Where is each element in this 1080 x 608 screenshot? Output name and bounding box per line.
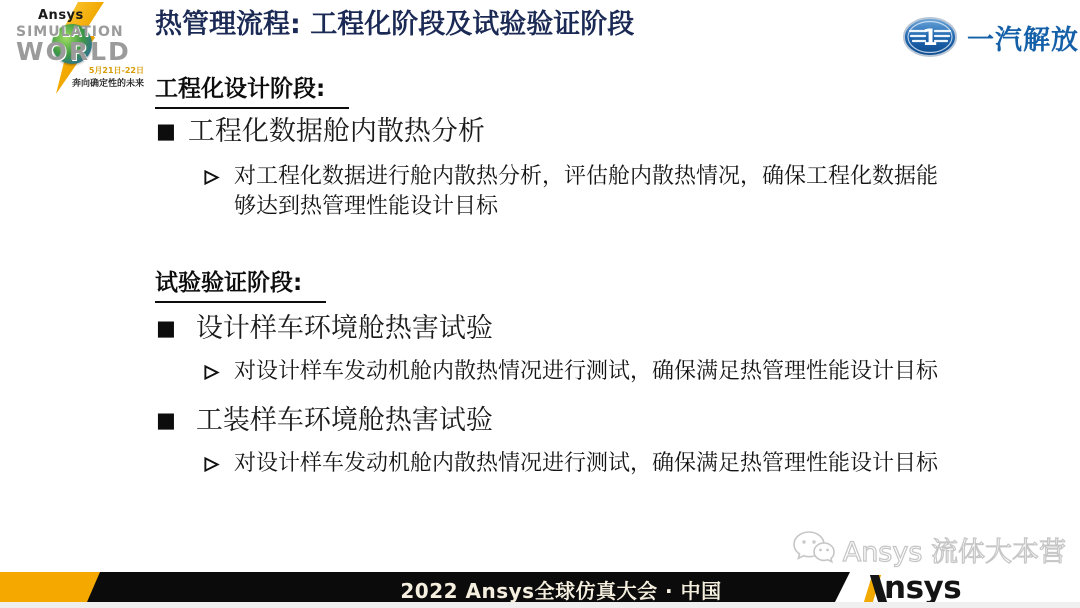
bullet-text: 工程化数据舱内散热分析 [188, 114, 485, 150]
wechat-icon [792, 529, 836, 569]
ansys-logo-text: nsys [884, 575, 961, 602]
event-logo-brand: Ansys [38, 8, 84, 23]
page-title: 热管理流程: 工程化阶段及试验验证阶段 [155, 8, 634, 42]
simulation-world-logo: Ansys SIMULATION WORLD 5月21日-22日 奔向确定性的未… [8, 2, 150, 94]
arrow-bullet-icon [203, 169, 220, 186]
bullet-item: ■ 设计样车环境舱热害试验 [156, 311, 493, 347]
event-logo-tagline: 奔向确定性的未来 [72, 76, 144, 89]
faw-logo-text: 一汽解放 [967, 18, 1079, 57]
square-bullet-icon: ■ [156, 402, 176, 438]
sub-bullet-text: 对设计样车发动机舱内散热情况进行测试，确保满足热管理性能设计目标 [234, 357, 938, 387]
sub-bullet-text: 对设计样车发动机舱内散热情况进行测试，确保满足热管理性能设计目标 [234, 449, 938, 479]
section-heading-test: 试验验证阶段: [155, 264, 326, 303]
bullet-item: ■ 工程化数据舱内散热分析 [156, 114, 485, 150]
event-logo-word2: WORLD [16, 37, 131, 66]
faw-emblem-icon: 1 [902, 16, 958, 58]
event-logo-date: 5月21日-22日 [89, 65, 144, 76]
footer-banner-text: 2022 Ansys全球仿真大会 · 中国 [400, 575, 721, 604]
sub-bullet-item: 对设计样车发动机舱内散热情况进行测试，确保满足热管理性能设计目标 [203, 449, 938, 479]
bullet-text: 设计样车环境舱热害试验 [196, 311, 493, 347]
faw-emblem-numeral: 1 [922, 26, 937, 51]
square-bullet-icon: ■ [156, 310, 176, 346]
footer-gold-accent [0, 572, 100, 602]
bullet-text: 工装样车环境舱热害试验 [196, 403, 493, 439]
arrow-bullet-icon [203, 364, 220, 381]
bottom-strip [0, 602, 1080, 608]
arrow-bullet-icon [203, 456, 220, 473]
wechat-watermark: Ansys 流体大本营 [792, 529, 1066, 569]
ansys-logo: nsys [868, 569, 961, 602]
sub-bullet-text: 对工程化数据进行舱内散热分析，评估舱内散热情况，确保工程化数据能够达到热管理性能… [234, 162, 940, 222]
watermark-label: Ansys 流体大本营 [843, 530, 1066, 569]
section-heading-engineering: 工程化设计阶段: [155, 70, 349, 109]
footer-band: 2022 Ansys全球仿真大会 · 中国 nsys [0, 572, 1080, 602]
sub-bullet-item: 对工程化数据进行舱内散热分析，评估舱内散热情况，确保工程化数据能够达到热管理性能… [203, 162, 940, 222]
sub-bullet-item: 对设计样车发动机舱内散热情况进行测试，确保满足热管理性能设计目标 [203, 357, 938, 387]
faw-jiefang-logo: 1 一汽解放 [902, 16, 1079, 58]
square-bullet-icon: ■ [156, 113, 176, 149]
presentation-slide: Ansys SIMULATION WORLD 5月21日-22日 奔向确定性的未… [0, 0, 1080, 608]
bullet-item: ■ 工装样车环境舱热害试验 [156, 403, 493, 439]
